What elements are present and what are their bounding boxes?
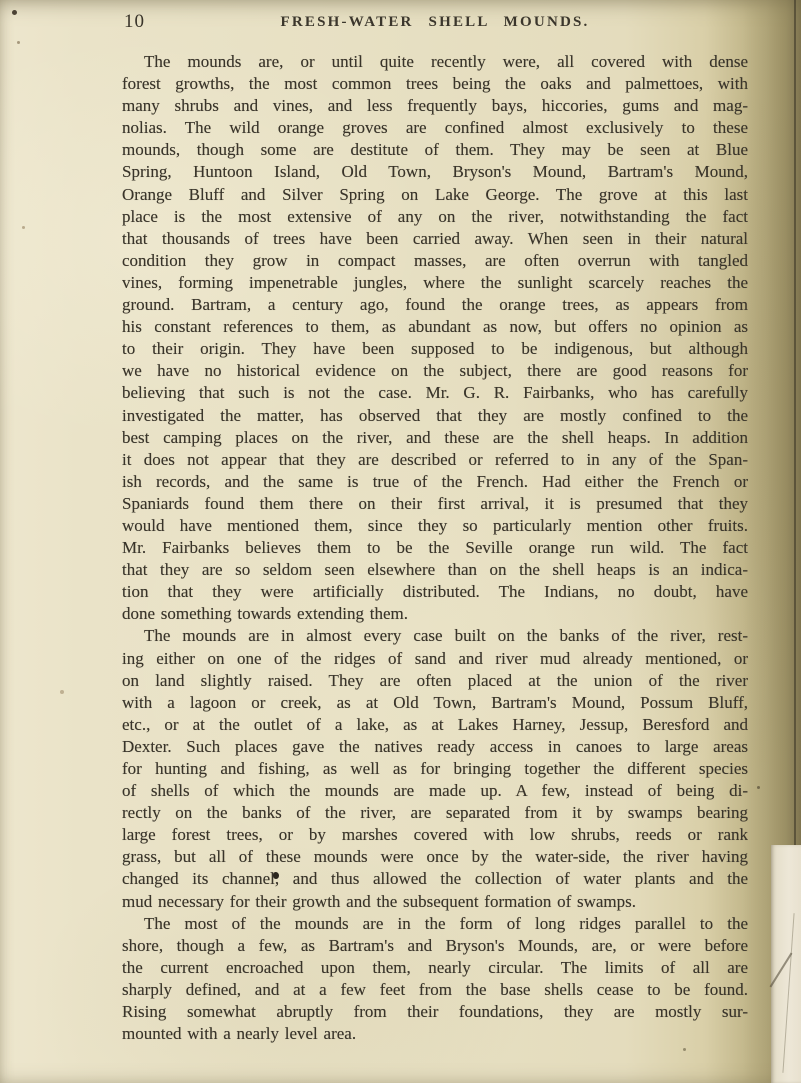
text-line: The mounds are, or until quite recently … [122, 51, 748, 73]
text-line: done something towards extending them. [122, 603, 748, 625]
text-line: shore, though a few, as Bartram's and Br… [122, 935, 748, 957]
text-line: tion that they were artificially distrib… [122, 581, 748, 603]
paragraph: The mounds are, or until quite recently … [122, 51, 748, 625]
text-line: mounds, though some are destitute of the… [122, 139, 748, 161]
text-line: on land slightly raised. They are often … [122, 670, 748, 692]
text-line: ing either on one of the ridges of sand … [122, 648, 748, 670]
text-line: believing that such is not the case. Mr.… [122, 382, 748, 404]
text-line: The mounds are in almost every case buil… [122, 625, 748, 647]
scanned-book-page: 10 FRESH-WATER SHELL MOUNDS. The mounds … [0, 0, 801, 1083]
text-line: of shells of which the mounds are made u… [122, 780, 748, 802]
ink-speck [683, 1048, 686, 1051]
running-title: FRESH-WATER SHELL MOUNDS. [122, 11, 748, 31]
text-line: it does not appear that they are describ… [122, 449, 748, 471]
text-line: changed its channel, and thus allowed th… [122, 868, 748, 890]
text-line: rectly on the banks of the river, are se… [122, 802, 748, 824]
text-line: mud necessary for their growth and the s… [122, 891, 748, 913]
text-line: investigated the matter, has observed th… [122, 405, 748, 427]
text-line: Mr. Fairbanks believes them to be the Se… [122, 537, 748, 559]
paragraph: The mounds are in almost every case buil… [122, 625, 748, 912]
text-line: condition they grow in compact masses, a… [122, 250, 748, 272]
text-line: mounted with a nearly level area. [122, 1023, 748, 1045]
text-line: Orange Bluff and Silver Spring on Lake G… [122, 184, 748, 206]
text-line: that thousands of trees have been carrie… [122, 228, 748, 250]
text-line: ground. Bartram, a century ago, found th… [122, 294, 748, 316]
page-body: The mounds are, or until quite recently … [122, 51, 748, 1045]
text-line: we have no historical evidence on the su… [122, 360, 748, 382]
text-line: the current encroached upon them, nearly… [122, 957, 748, 979]
text-line: vines, forming impenetrable jungles, whe… [122, 272, 748, 294]
ink-speck [17, 41, 20, 44]
text-line: Rising somewhat abruptly from their foun… [122, 1001, 748, 1023]
text-line: sharply defined, and at a few feet from … [122, 979, 748, 1001]
text-line: to their origin. They have been supposed… [122, 338, 748, 360]
text-line: forest growths, the most common trees be… [122, 73, 748, 95]
text-line: would have mentioned them, since they so… [122, 515, 748, 537]
text-line: his constant references to them, as abun… [122, 316, 748, 338]
text-line: best camping places on the river, and th… [122, 427, 748, 449]
text-line: many shrubs and vines, and less frequent… [122, 95, 748, 117]
ink-speck [60, 690, 64, 694]
text-line: with a lagoon or creek, as at Old Town, … [122, 692, 748, 714]
text-line: Dexter. Such places gave the natives rea… [122, 736, 748, 758]
text-line: etc., or at the outlet of a lake, as at … [122, 714, 748, 736]
text-line: Spring, Huntoon Island, Old Town, Bryson… [122, 161, 748, 183]
text-line: for hunting and fishing, as well as for … [122, 758, 748, 780]
ink-speck [12, 10, 17, 15]
text-line: Spaniards found them there on their firs… [122, 493, 748, 515]
text-line: grass, but all of these mounds were once… [122, 846, 748, 868]
paragraph: The most of the mounds are in the form o… [122, 913, 748, 1046]
under-page-corner [771, 845, 801, 1083]
text-line: The most of the mounds are in the form o… [122, 913, 748, 935]
text-line: nolias. The wild orange groves are confi… [122, 117, 748, 139]
text-line: large forest trees, or by marshes covere… [122, 824, 748, 846]
text-line: place is the most extensive of any on th… [122, 206, 748, 228]
ink-speck [22, 226, 25, 229]
page-header: 10 FRESH-WATER SHELL MOUNDS. [122, 11, 748, 35]
text-line: ish records, and the same is true of the… [122, 471, 748, 493]
page-number: 10 [124, 11, 145, 33]
text-line: that they are so seldom seen elsewhere t… [122, 559, 748, 581]
